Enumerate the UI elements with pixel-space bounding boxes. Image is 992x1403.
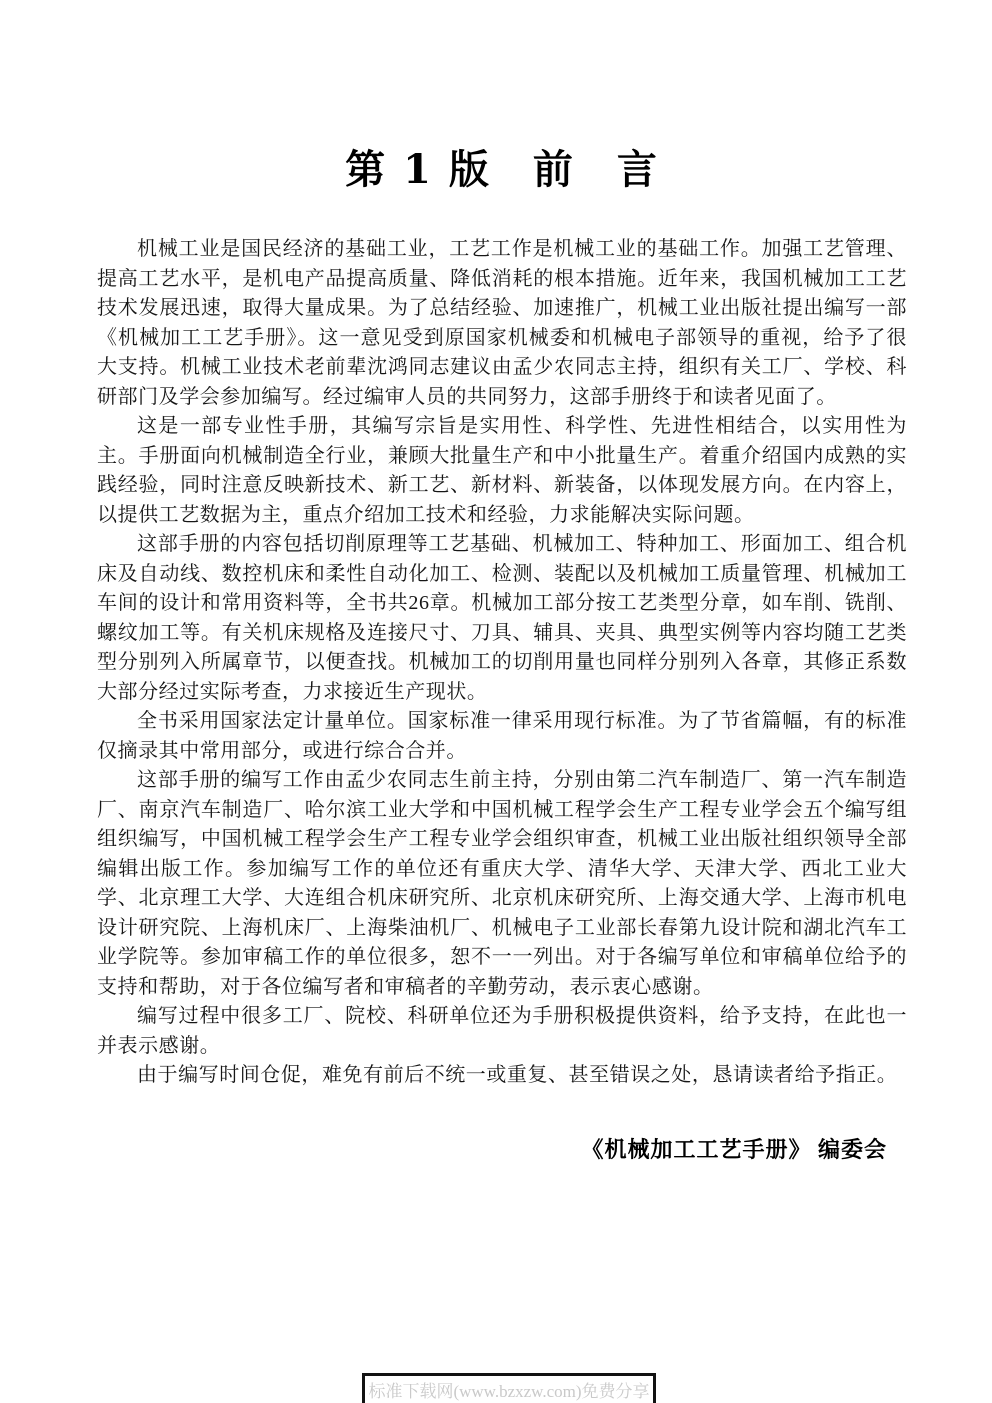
- preface-paragraph: 全书采用国家法定计量单位。国家标准一律采用现行标准。为了节省篇幅，有的标准仅摘录…: [97, 707, 907, 766]
- watermark-text: 标准下载网(www.bzxzw.com)免费分享: [368, 1383, 649, 1400]
- page-title: 第 1 版 前 言: [0, 138, 992, 195]
- preface-paragraph: 这是一部专业性手册，其编写宗旨是实用性、科学性、先进性相结合，以实用性为主。手册…: [97, 412, 907, 530]
- watermark-box: 标准下载网(www.bzxzw.com)免费分享: [362, 1373, 656, 1403]
- preface-paragraph: 由于编写时间仓促，难免有前后不统一或重复、甚至错误之处，恳请读者给予指正。: [97, 1061, 907, 1091]
- preface-paragraph: 编写过程中很多工厂、院校、科研单位还为手册积极提供资料，给予支持，在此也一并表示…: [97, 1002, 907, 1061]
- document-page: 第 1 版 前 言 机械工业是国民经济的基础工业，工艺工作是机械工业的基础工作。…: [0, 0, 992, 1403]
- preface-paragraph: 这部手册的内容包括切削原理等工艺基础、机械加工、特种加工、形面加工、组合机床及自…: [97, 530, 907, 707]
- signature-line: 《机械加工工艺手册》 编委会: [97, 1133, 887, 1164]
- preface-paragraph: 机械工业是国民经济的基础工业，工艺工作是机械工业的基础工作。加强工艺管理、提高工…: [97, 235, 907, 412]
- preface-paragraph: 这部手册的编写工作由孟少农同志生前主持，分别由第二汽车制造厂、第一汽车制造厂、南…: [97, 766, 907, 1002]
- preface-body: 机械工业是国民经济的基础工业，工艺工作是机械工业的基础工作。加强工艺管理、提高工…: [97, 235, 907, 1091]
